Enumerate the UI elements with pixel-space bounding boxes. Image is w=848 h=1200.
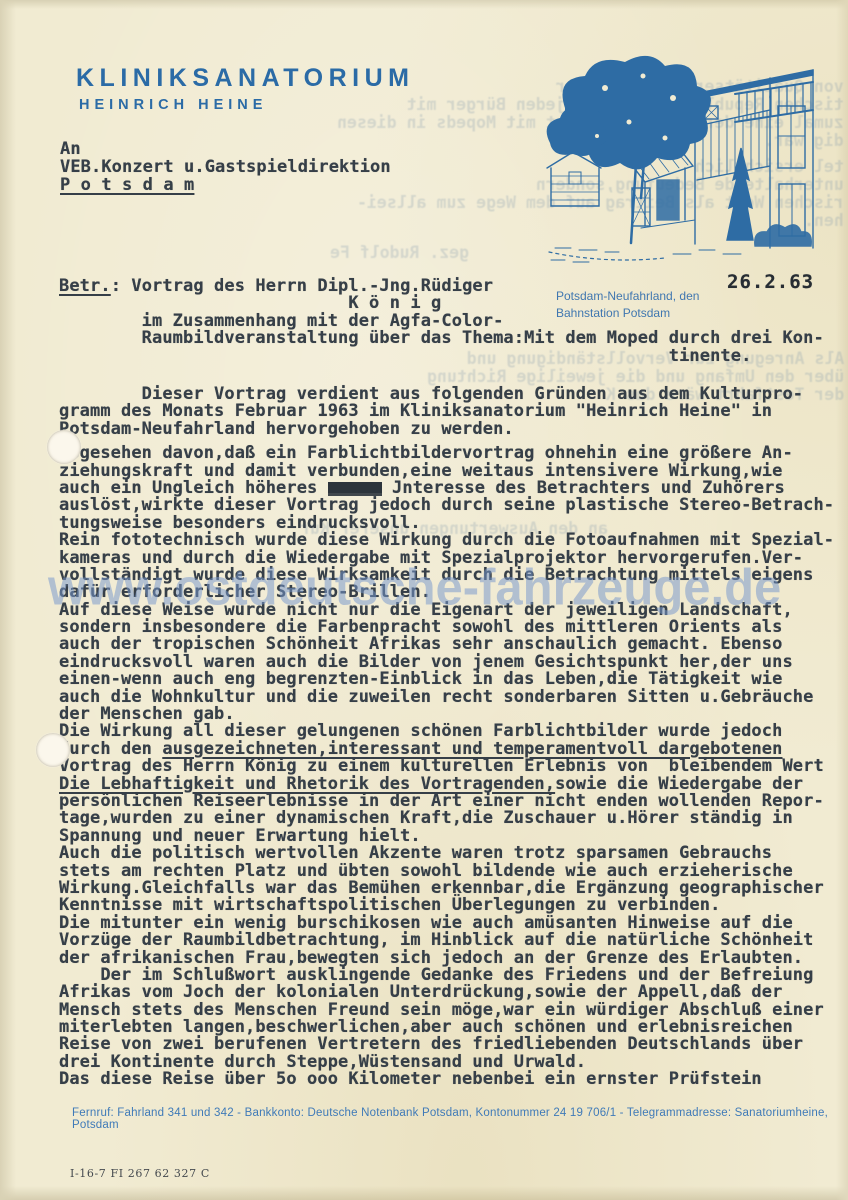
punch-hole-top xyxy=(47,430,81,464)
paragraph: Die Wirkung all dieser gelungenen schöne… xyxy=(59,723,847,845)
subject-block: Betr.: Vortrag des Herrn Dipl.-Jng.Rüdig… xyxy=(59,278,824,365)
text-segment: Potsdam-Neufahrland hervorgehoben zu wer… xyxy=(59,419,514,439)
recipient-city-text: P o t s d a m xyxy=(60,175,194,195)
paragraph: Dieser Vortrag verdient aus folgenden Gr… xyxy=(59,386,847,438)
typewritten-line: Potsdam-Neufahrland hervorgehoben zu wer… xyxy=(59,421,847,438)
letterhead-subname: HEINRICH HEINE xyxy=(79,97,267,113)
letter-body: Dieser Vortrag verdient aus folgenden Gr… xyxy=(59,386,847,1089)
letter-page: von Qualitätserzeugnissen dertischen Rep… xyxy=(0,0,848,1200)
recipient-an: An xyxy=(60,140,391,158)
paragraph: Auf diese Weise wurde nicht nur die Eige… xyxy=(59,602,847,724)
redacted-word xyxy=(328,482,382,493)
imprint-code: I-16-7 FI 267 62 327 C xyxy=(70,1167,210,1180)
footer-line: Fernruf: Fahrland 341 und 342 - Bankkont… xyxy=(72,1107,848,1131)
recipient-org: VEB.Konzert u.Gastspieldirektion xyxy=(60,158,391,176)
punch-hole-bottom xyxy=(36,733,70,767)
typewritten-line: Das diese Reise über 5o ooo Kilometer ne… xyxy=(59,1071,847,1088)
letterhead-name: KLINIKSANATORIUM xyxy=(76,64,414,93)
subject-line: tinente. xyxy=(59,348,824,365)
text-segment: tinente. xyxy=(59,346,751,366)
paragraph: Das diese Reise über 5o ooo Kilometer ne… xyxy=(59,1071,847,1088)
sanatorium-illustration xyxy=(545,48,817,270)
text-segment: Das diese Reise über 5o ooo Kilometer ne… xyxy=(59,1069,762,1089)
paragraph: Abgesehen davon,daß ein Farblichtbilderv… xyxy=(59,445,847,532)
paragraph: Der im Schlußwort ausklingende Gedanke d… xyxy=(59,967,847,1071)
bleedthrough-text: gez. Rudolf Fe xyxy=(330,244,469,262)
paragraph: Die mitunter ein wenig burschikosen wie … xyxy=(59,915,847,967)
watermark-text: www.ostdeutsche-fahrzeuge.de xyxy=(48,559,781,617)
paragraph: Auch die politisch wertvollen Akzente wa… xyxy=(59,845,847,915)
recipient-city: P o t s d a m xyxy=(60,176,391,194)
recipient-block: An VEB.Konzert u.Gastspieldirektion P o … xyxy=(60,140,391,194)
